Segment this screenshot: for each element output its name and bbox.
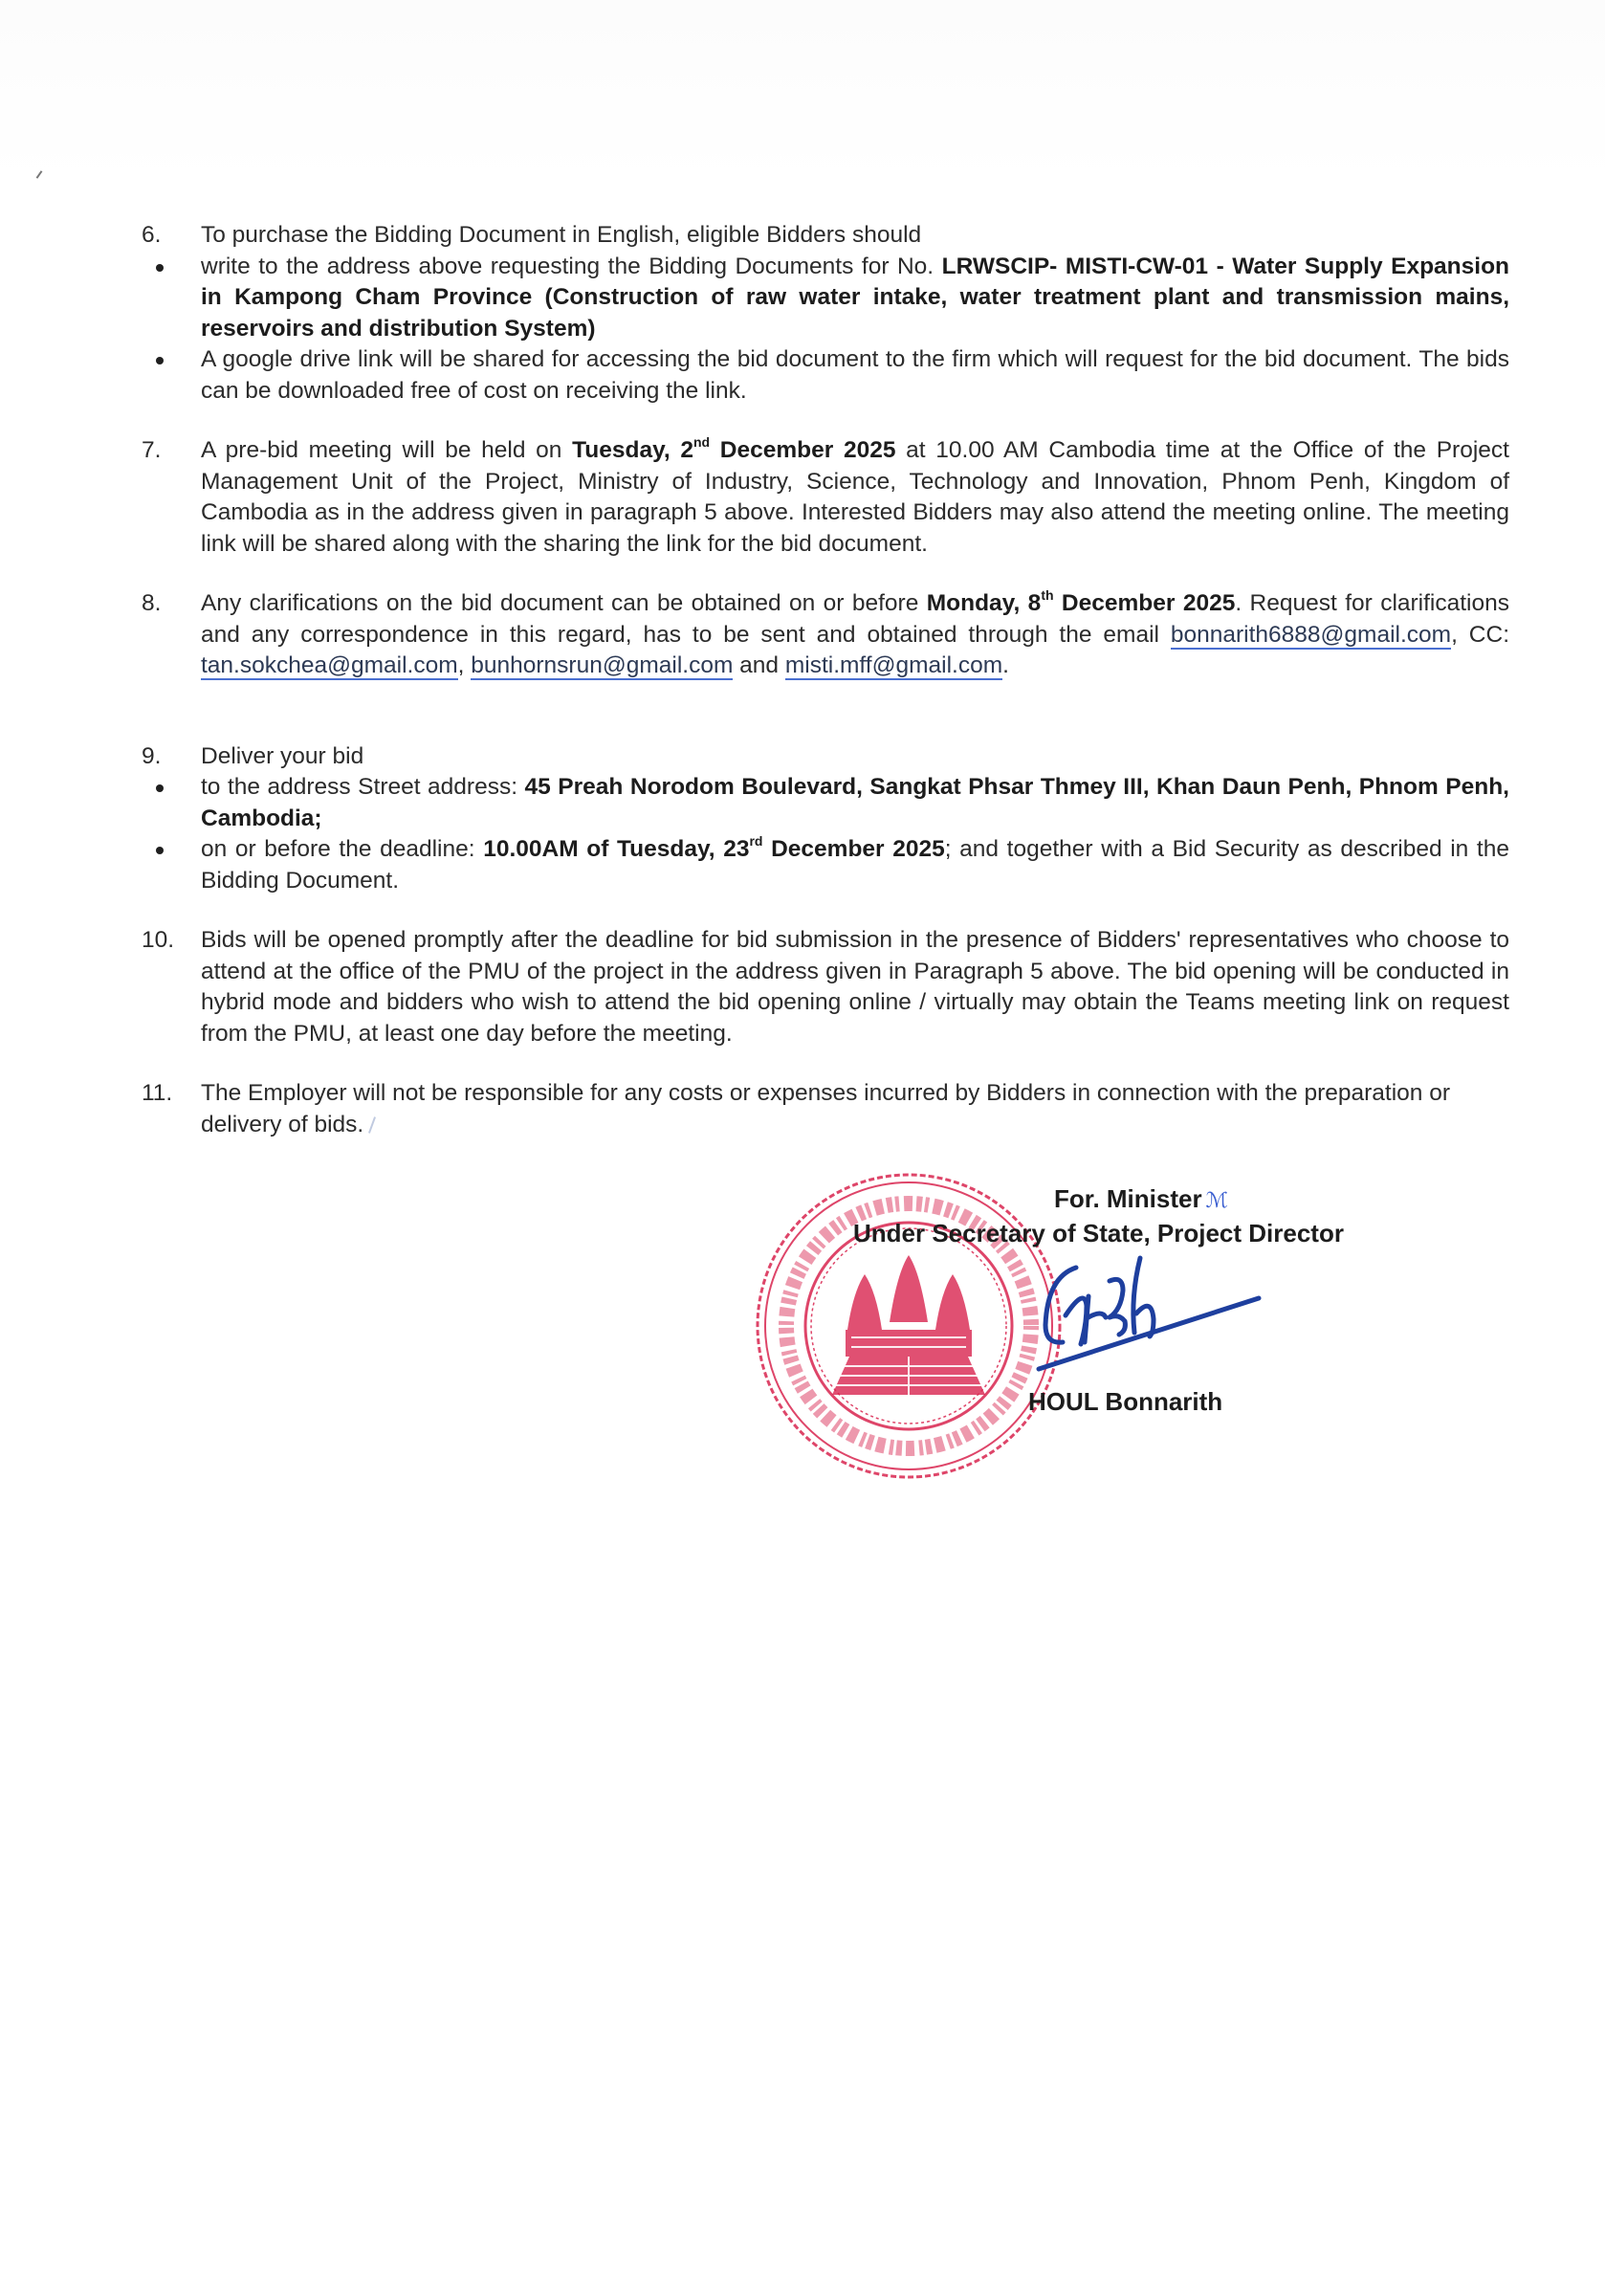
bullet-text: write to the address above requesting th… xyxy=(201,254,942,279)
email-link-sokchea[interactable]: tan.sokchea@gmail.com xyxy=(201,652,458,680)
email-link-misti[interactable]: misti.mff@gmail.com xyxy=(785,652,1002,680)
scan-artifact-mark xyxy=(36,170,43,179)
handwritten-signature-icon xyxy=(1033,1248,1263,1373)
paragraph-text: Any clarifications on the bid document c… xyxy=(201,588,1509,682)
email-link-bonnarith[interactable]: bonnarith6888@gmail.com xyxy=(1171,622,1451,650)
pre-bid-meeting-date: Tuesday, 2nd December 2025 xyxy=(572,437,895,463)
document-body: 6. To purchase the Bidding Document in E… xyxy=(142,220,1509,1140)
paragraph-number: 9. xyxy=(142,741,161,773)
email-link-bunhornsrun[interactable]: bunhornsrun@gmail.com xyxy=(471,652,733,680)
paragraph-10: 10. Bids will be opened promptly after t… xyxy=(142,925,1509,1049)
bullet-text: on or before the deadline: xyxy=(201,836,483,862)
paragraph-9: 9. Deliver your bid xyxy=(142,741,1509,773)
bullet-text: to the address Street address: xyxy=(201,774,525,800)
bullet-item: to the address Street address: 45 Preah … xyxy=(142,772,1509,834)
paragraph-number: 7. xyxy=(142,435,161,467)
bullet-text: A google drive link will be shared for a… xyxy=(201,346,1509,404)
bullet-icon xyxy=(156,784,164,792)
bullet-item: A google drive link will be shared for a… xyxy=(142,344,1509,407)
paragraph-text: The Employer will not be responsible for… xyxy=(201,1078,1509,1140)
paragraph-text: To purchase the Bidding Document in Engl… xyxy=(201,220,1509,252)
paragraph-6: 6. To purchase the Bidding Document in E… xyxy=(142,220,1509,252)
paragraph-number: 10. xyxy=(142,925,174,957)
initial-mark-icon: ℳ xyxy=(1206,1188,1229,1212)
pen-tick-mark xyxy=(368,1116,376,1134)
bullet-item: on or before the deadline: 10.00AM of Tu… xyxy=(142,834,1509,896)
signatory-for-line: For. Ministerℳ xyxy=(1054,1184,1228,1214)
paragraph-number: 11. xyxy=(142,1078,172,1110)
signatory-title: Under Secretary of State, Project Direct… xyxy=(853,1219,1344,1248)
signatory-name: HOUL Bonnarith xyxy=(1028,1387,1222,1417)
clarification-deadline: Monday, 8th December 2025 xyxy=(927,590,1236,616)
paragraph-text: Bids will be opened promptly after the d… xyxy=(201,925,1509,1049)
official-seal-stamp-icon xyxy=(752,1169,1066,1483)
paragraph-text: Deliver your bid xyxy=(201,741,1509,773)
paragraph-8: 8. Any clarifications on the bid documen… xyxy=(142,588,1509,682)
paragraph-text: A pre-bid meeting will be held on Tuesda… xyxy=(201,435,1509,560)
bullet-item: write to the address above requesting th… xyxy=(142,252,1509,345)
paragraph-11: 11. The Employer will not be responsible… xyxy=(142,1078,1509,1140)
paragraph-number: 6. xyxy=(142,220,161,252)
paragraph-7: 7. A pre-bid meeting will be held on Tue… xyxy=(142,435,1509,560)
submission-deadline: 10.00AM of Tuesday, 23rd December 2025 xyxy=(483,836,945,862)
bullet-icon xyxy=(156,264,164,272)
bullet-icon xyxy=(156,357,164,364)
paragraph-number: 8. xyxy=(142,588,161,620)
bullet-icon xyxy=(156,847,164,854)
